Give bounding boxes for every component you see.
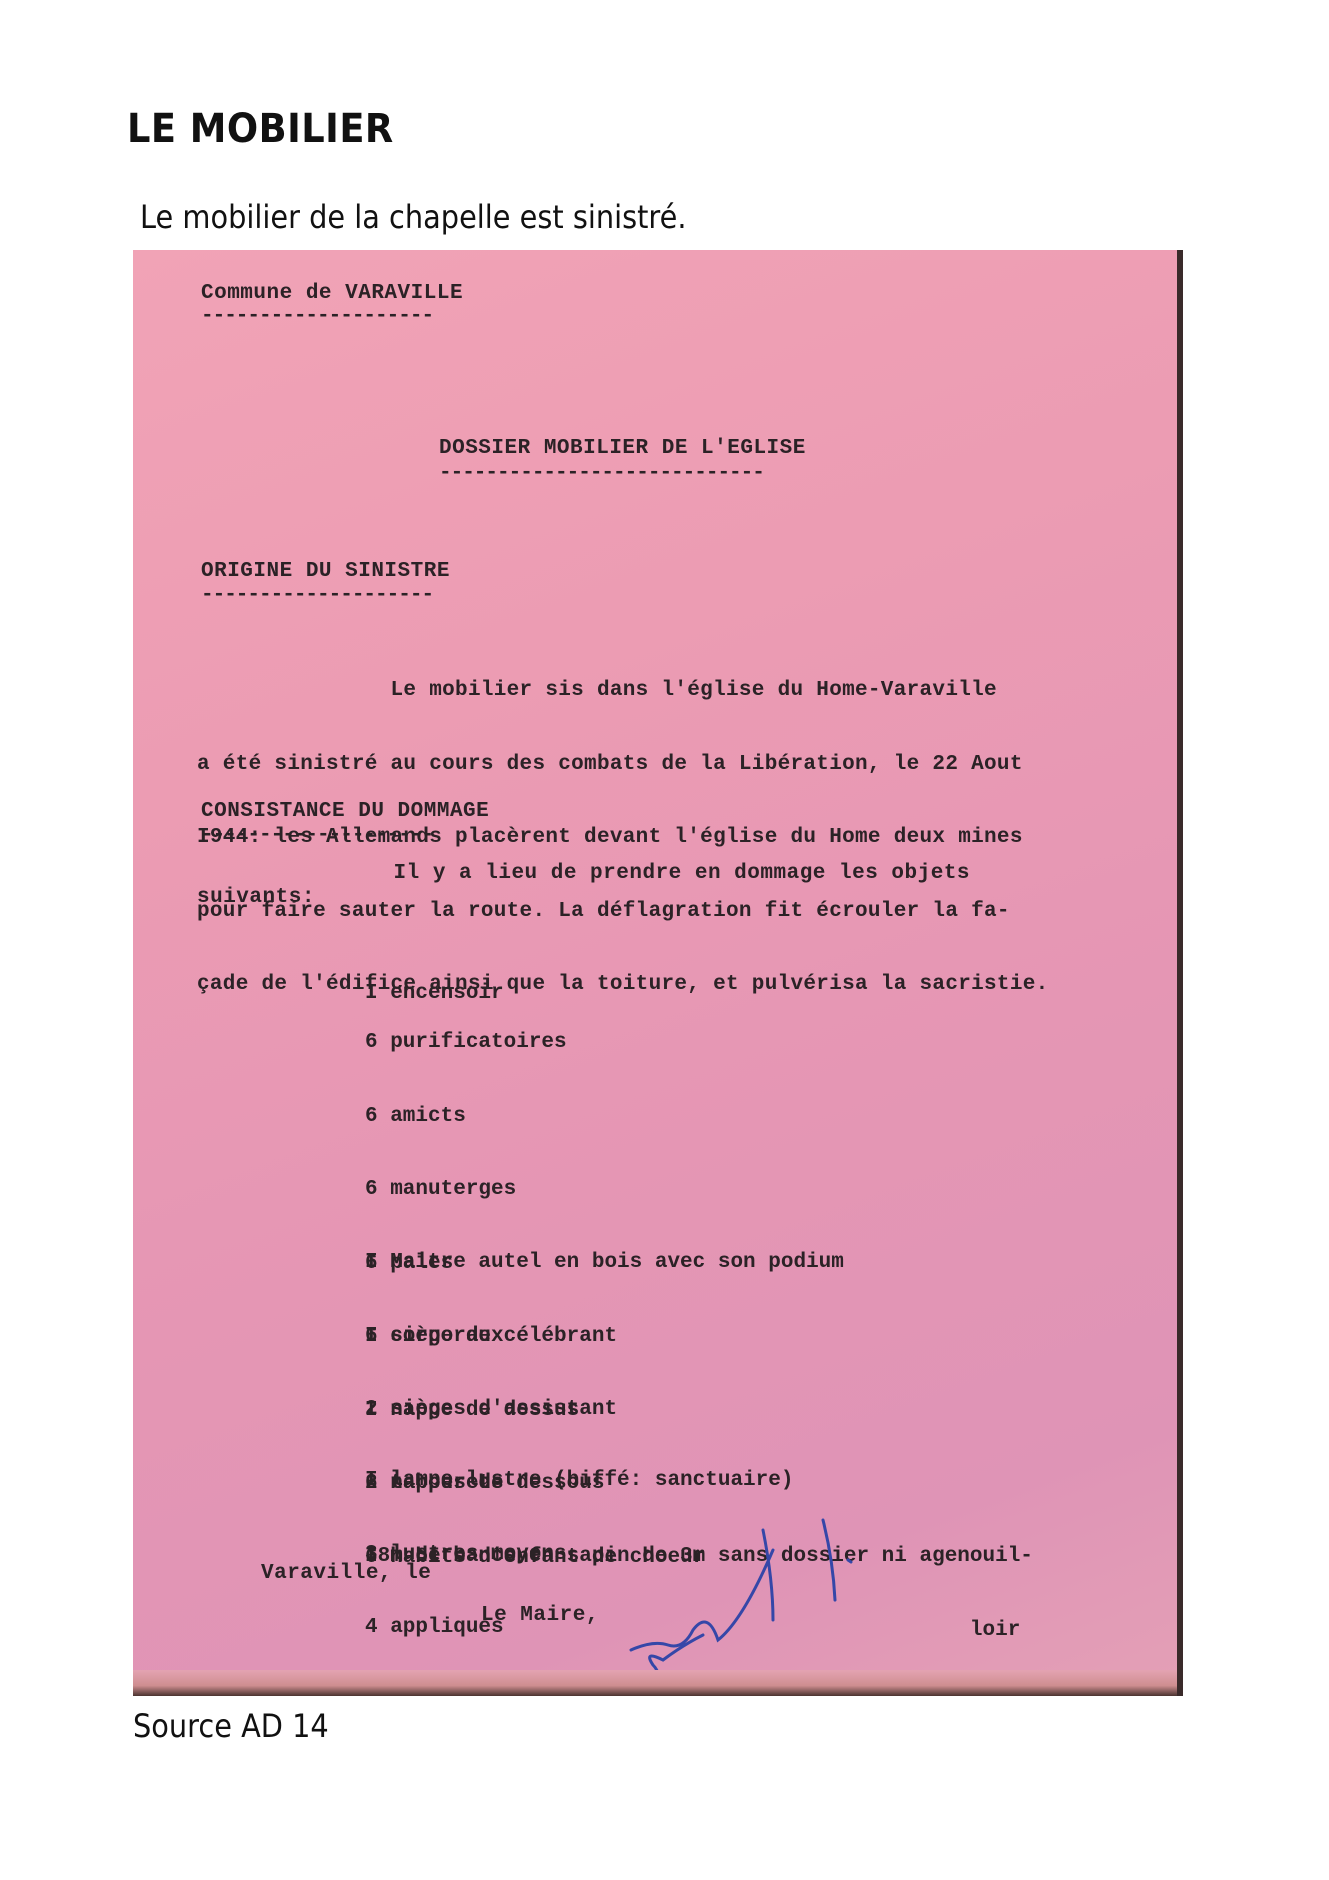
list-item: 6 manuterges bbox=[365, 1178, 705, 1203]
origin-section-underline: -------------------- bbox=[201, 584, 433, 607]
commune-underline: -------------------- bbox=[201, 305, 433, 328]
document-heading: DOSSIER MOBILIER DE L'EGLISE bbox=[439, 437, 806, 460]
commune-header: Commune de VARAVILLE bbox=[201, 282, 463, 305]
list-item: 2 sièges d'assistant bbox=[365, 1398, 1033, 1423]
damage-section-underline: -------------------- bbox=[201, 824, 433, 847]
list-item: 6 purificatoires bbox=[365, 1031, 705, 1056]
archive-document-photo: Commune de VARAVILLE -------------------… bbox=[133, 250, 1183, 1696]
place-date: Varaville, le bbox=[261, 1562, 431, 1585]
list-item: I siège de célébrant bbox=[365, 1325, 1033, 1350]
list-item: I Maitre autel en bois avec son podium bbox=[365, 1251, 1033, 1276]
damage-intro-line2: suivants: bbox=[197, 886, 315, 909]
list-item: I lampe lustre (biffé: sanctuaire) bbox=[365, 1469, 793, 1494]
intro-text: Le mobilier de la chapelle est sinistré. bbox=[140, 198, 686, 236]
damage-section-title: CONSISTANCE DU DOMMAGE bbox=[201, 800, 489, 823]
origin-section-title: ORIGINE DU SINISTRE bbox=[201, 560, 450, 583]
list-item: 6 amicts bbox=[365, 1105, 705, 1130]
paper-bottom-edge bbox=[133, 1670, 1183, 1696]
signature-icon bbox=[623, 1500, 923, 1680]
source-caption: Source AD 14 bbox=[133, 1707, 329, 1745]
damage-intro-line1: Il y a lieu de prendre en dommage les ob… bbox=[197, 862, 970, 885]
document-heading-underline: ---------------------------- bbox=[439, 462, 764, 485]
page-title: LE MOBILIER bbox=[127, 106, 394, 152]
signatory-title: Le Maire, bbox=[481, 1604, 599, 1627]
